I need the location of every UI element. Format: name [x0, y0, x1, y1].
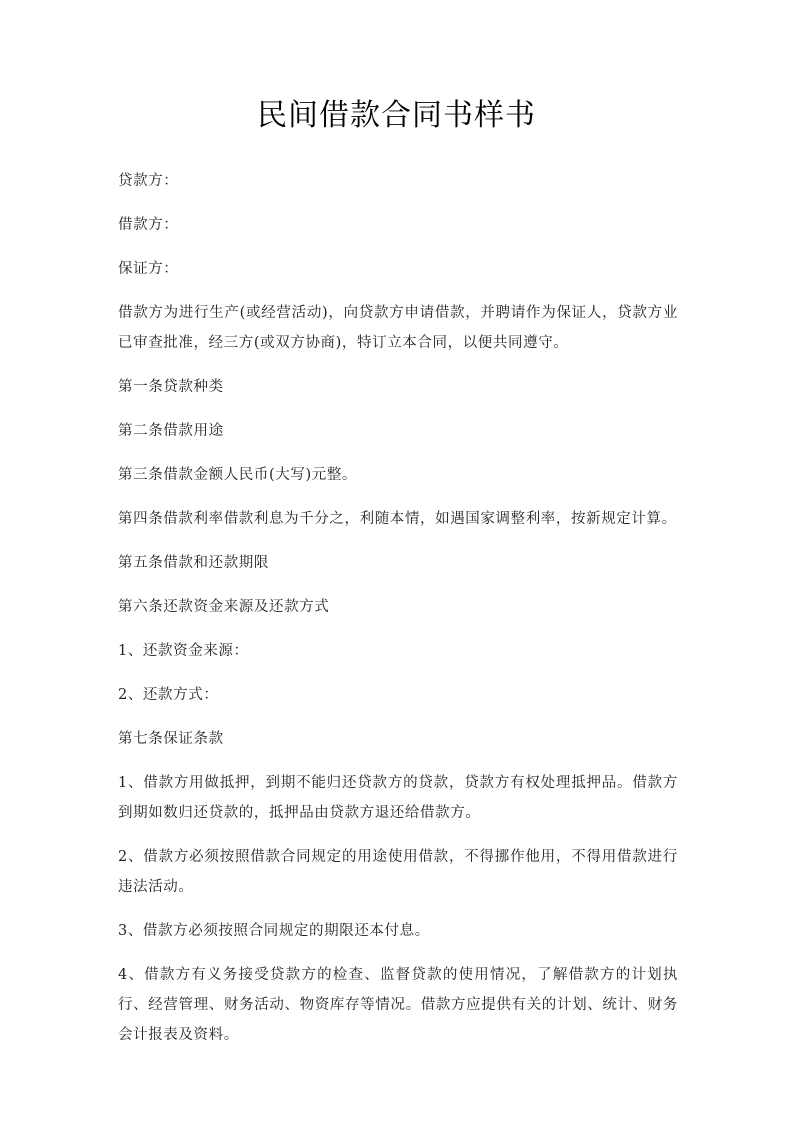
article-7-item-1: 1、借款方用做抵押，到期不能归还贷款方的贷款，贷款方有权处理抵押品。借款方到期如…	[118, 768, 678, 828]
preamble-paragraph: 借款方为进行生产(或经营活动)，向贷款方申请借款，并聘请作为保证人，贷款方业已审…	[118, 298, 678, 358]
article-6-item-2: 2、还款方式：	[118, 680, 678, 710]
article-1-heading: 第一条贷款种类	[118, 372, 678, 402]
article-3-paragraph: 第三条借款金额人民币(大写)元整。	[118, 460, 678, 490]
article-7-item-4: 4、借款方有义务接受贷款方的检查、监督贷款的使用情况，了解借款方的计划执行、经营…	[118, 960, 678, 1050]
borrower-field: 借款方：	[118, 210, 678, 240]
article-4-paragraph: 第四条借款利率借款利息为千分之，利随本情，如遇国家调整利率，按新规定计算。	[118, 504, 678, 534]
article-7-item-2: 2、借款方必须按照借款合同规定的用途使用借款，不得挪作他用，不得用借款进行违法活…	[118, 842, 678, 902]
lender-field: 贷款方：	[118, 166, 678, 196]
document-page: 民间借款合同书样书 贷款方： 借款方： 保证方： 借款方为进行生产(或经营活动)…	[0, 0, 793, 1122]
article-5-heading: 第五条借款和还款期限	[118, 548, 678, 578]
document-body: 贷款方： 借款方： 保证方： 借款方为进行生产(或经营活动)，向贷款方申请借款，…	[118, 166, 678, 1064]
article-7-item-3: 3、借款方必须按照合同规定的期限还本付息。	[118, 916, 678, 946]
guarantor-field: 保证方：	[118, 254, 678, 284]
document-title: 民间借款合同书样书	[0, 96, 793, 136]
article-2-heading: 第二条借款用途	[118, 416, 678, 446]
article-7-heading: 第七条保证条款	[118, 724, 678, 754]
article-6-heading: 第六条还款资金来源及还款方式	[118, 592, 678, 622]
article-6-item-1: 1、还款资金来源：	[118, 636, 678, 666]
